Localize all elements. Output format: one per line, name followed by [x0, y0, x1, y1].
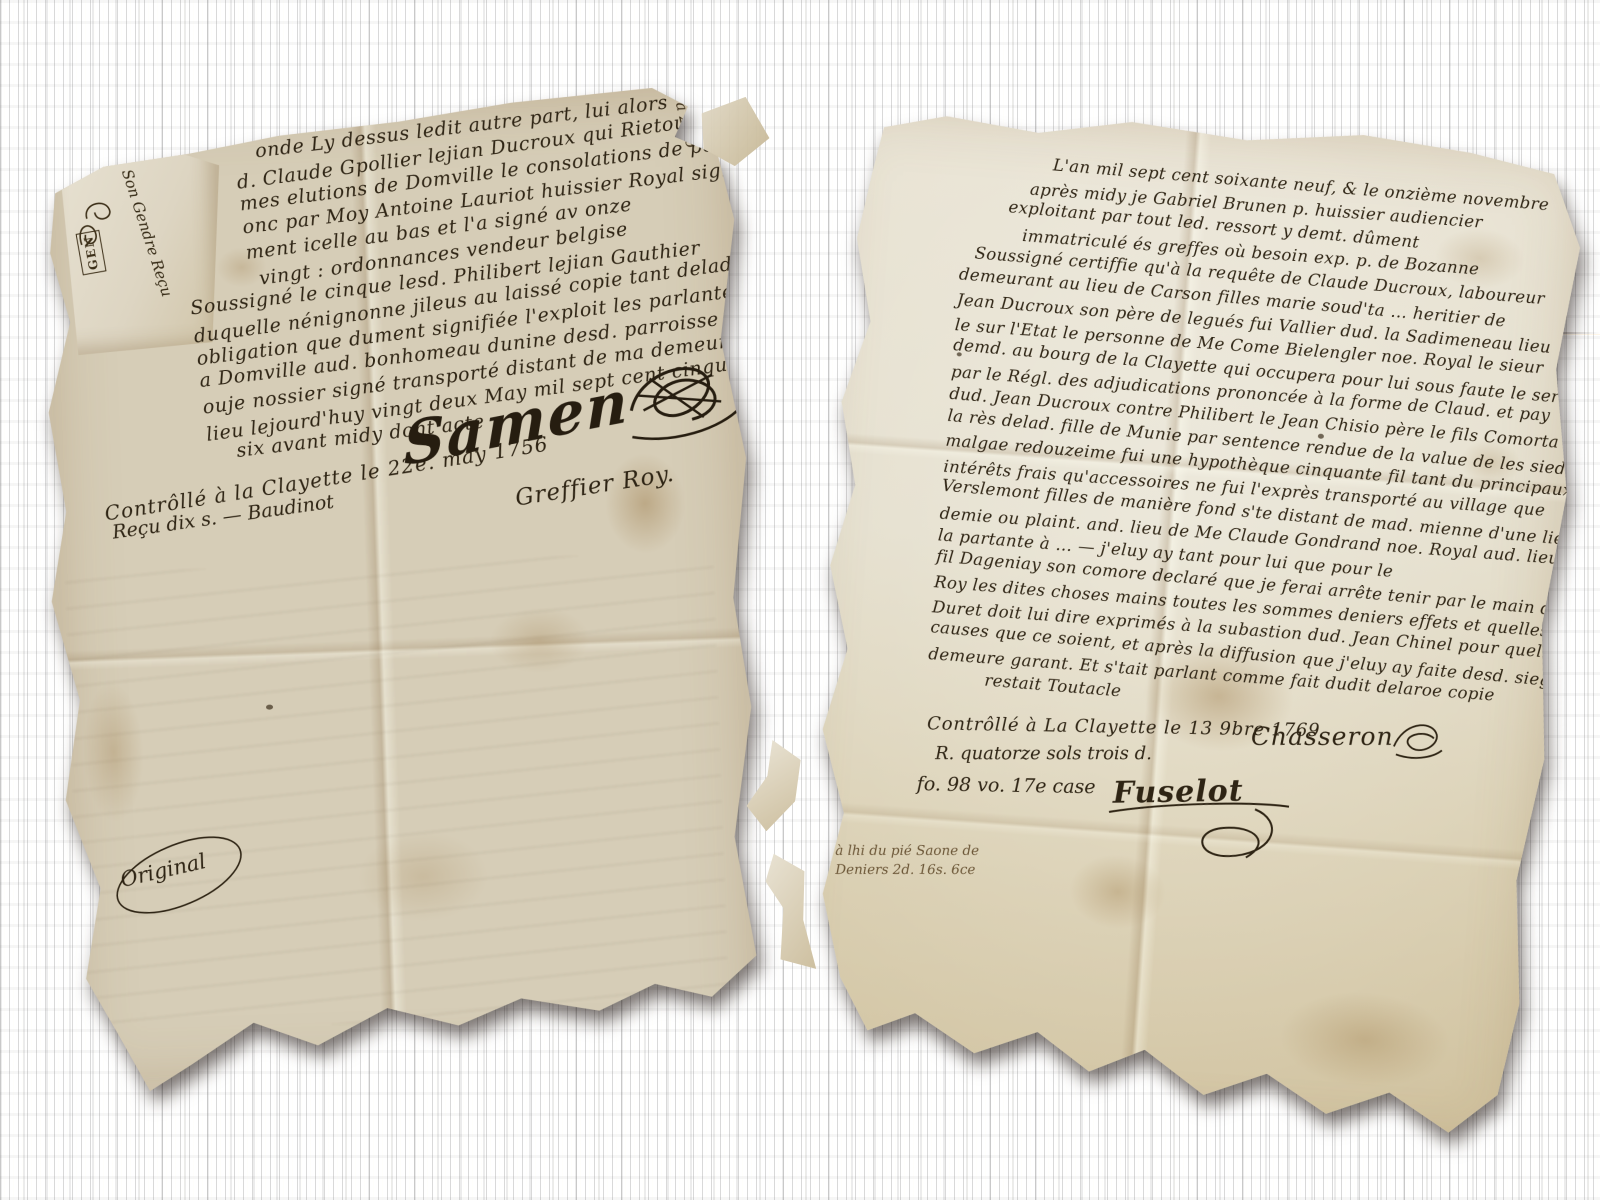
signature-paraph [1390, 716, 1446, 760]
right-paper-sheet: L'an mil sept cent soixante neuf, & le o… [753, 92, 1595, 1168]
left-paper-sheet: GEN Son Gendre Reçu onde Ly dessus ledit… [31, 80, 771, 1099]
signature-name: Chasseron [1251, 722, 1394, 751]
bottom-right-stain [1277, 987, 1453, 1094]
bottom-note-line-1: à lhi du pié Saone de [835, 842, 979, 861]
signature-underline-flourish [1105, 799, 1296, 872]
right-signature-fuselot: Fuselot [1112, 774, 1243, 811]
left-document-page: GEN Son Gendre Reçu onde Ly dessus ledit… [31, 80, 771, 1099]
right-control-line-2: R. quatorze sols trois d. [935, 743, 1152, 764]
right-document-page: L'an mil sept cent soixante neuf, & le o… [753, 92, 1595, 1168]
bottom-note-line-2: Deniers 2d. 16s. 6ce [835, 861, 979, 880]
right-control-line-3: fo. 98 vo. 17e case [917, 773, 1096, 798]
right-page-body-text: L'an mil sept cent soixante neuf, & le o… [926, 147, 1578, 737]
original-mark: Original [118, 849, 208, 892]
right-signature-chasseron: Chasseron [1251, 716, 1446, 760]
wood-table-background: GEN Son Gendre Reçu onde Ly dessus ledit… [0, 0, 1600, 1200]
verso-show-through-text [65, 551, 729, 1033]
bottom-margin-note: à lhi du pié Saone de Deniers 2d. 16s. 6… [835, 842, 979, 880]
